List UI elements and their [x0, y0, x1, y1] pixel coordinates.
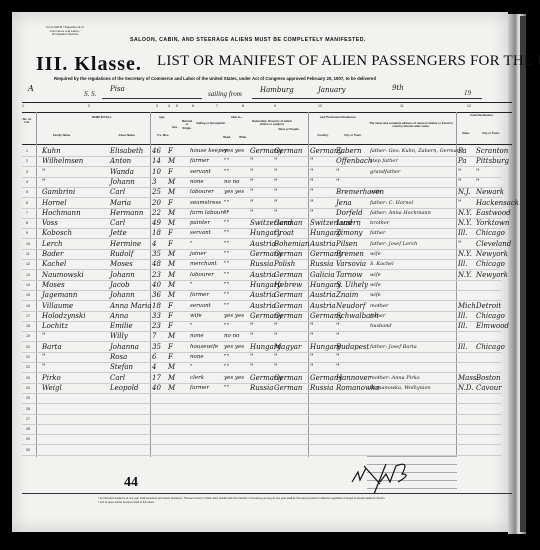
cell-age: 18: [152, 228, 161, 238]
ship-prefix: S. S.: [84, 90, 96, 98]
cell-country: ": [310, 331, 313, 341]
cell-race: German: [274, 146, 302, 156]
table-row: 2WilhelmsenAnton14Mfarmer"""""Offenbachs…: [12, 156, 508, 167]
cell-relative: father: [370, 311, 385, 321]
cell-nat: ": [250, 177, 253, 187]
cell-sex: M: [168, 177, 175, 187]
cell-relative: wife: [370, 290, 381, 300]
cell-relative: wife: [370, 249, 381, 259]
header-last-residence: Last Permanent Residence.: [308, 116, 368, 119]
table-row: 11BaderRudolf35Mjoiner""GermanyGermanGer…: [12, 249, 508, 260]
cell-rw: "": [224, 280, 229, 290]
cell-dest: Scranton: [476, 146, 508, 156]
cell-country: Russia: [310, 383, 333, 393]
cell-country: Austria: [310, 301, 336, 311]
cell-city: Zabern: [336, 146, 362, 156]
cell-city: Hannover: [336, 373, 371, 383]
cell-nat: Austria: [250, 301, 276, 311]
cell-country: Galicia: [310, 270, 335, 280]
cell-race: ": [274, 198, 277, 208]
cell-dest: Cleveland: [476, 239, 511, 249]
page-title: LIST OR MANIFEST OF ALIEN PASSENGERS FOR…: [157, 53, 540, 70]
cell-occ: ": [190, 239, 193, 249]
cell-occ: none: [190, 352, 204, 362]
cell-age: 17: [152, 373, 161, 383]
cell-family: Villaume: [42, 301, 73, 311]
cell-nat: Austria: [250, 239, 276, 249]
cell-family: ": [42, 362, 45, 372]
cell-relative: brother: [370, 218, 389, 228]
table-row: 28: [12, 424, 508, 435]
cell-family: Voss: [42, 218, 58, 228]
cell-nat: ": [250, 187, 253, 197]
cell-state: N.Y.: [458, 208, 472, 218]
cell-occ: painter: [190, 218, 210, 228]
cell-state: ": [458, 198, 461, 208]
cell-given: Moses: [110, 259, 133, 269]
cell-dest: Chicago: [476, 259, 505, 269]
cell-sex: F: [168, 311, 173, 321]
cell-age: 49: [152, 218, 161, 228]
row-number: 21: [26, 355, 30, 359]
sailing-port: Hamburg: [260, 86, 294, 94]
cell-occ: labourer: [190, 187, 214, 197]
cell-city: Jena: [336, 198, 352, 208]
cell-given: Johanna: [110, 342, 139, 352]
cell-city: Znaim: [336, 290, 358, 300]
cell-rw: "": [224, 249, 229, 259]
cell-nat: Austria: [250, 270, 276, 280]
cell-state: N.Y.: [458, 218, 472, 228]
cell-sex: M: [168, 249, 175, 259]
cell-dest: Newyork: [476, 270, 508, 280]
cell-rw: "": [224, 301, 229, 311]
row-number: 2: [26, 159, 28, 163]
table-row: 12KachelMoses48Mmerchant""RussiaPolishRu…: [12, 259, 508, 270]
cell-city: Luzern: [336, 218, 361, 228]
manifest-page: Form 630-B / Department of Commerce and …: [12, 12, 508, 532]
cell-state: Ill.: [458, 259, 467, 269]
cell-rw: "": [224, 239, 229, 249]
header-married: Married or Single.: [182, 120, 192, 130]
cell-rw: "": [224, 218, 229, 228]
cell-nat: ": [250, 208, 253, 218]
footnote-2: † List of races will be found on back of…: [98, 501, 155, 504]
cell-given: Willy: [110, 331, 128, 341]
cell-rw: yes yes: [224, 187, 244, 197]
cell-family: Hornel: [42, 198, 67, 208]
cell-given: Carl: [110, 187, 125, 197]
cell-city: Tarnow: [336, 270, 362, 280]
cell-rw: "": [224, 362, 229, 372]
cell-race: Polish: [274, 259, 295, 269]
cell-country: ": [310, 352, 313, 362]
row-number: 26: [26, 407, 30, 411]
table-row: 13NaumowskiJohann23Mlabourer""AustriaGer…: [12, 270, 508, 281]
cell-dest: Chicago: [476, 311, 505, 321]
header-calling: Calling or Occupation.: [196, 122, 226, 125]
cell-sex: F: [168, 228, 173, 238]
cell-race: German: [274, 301, 302, 311]
cell-age: 33: [152, 311, 161, 321]
cell-country: ": [310, 362, 313, 372]
table-row: 29: [12, 434, 508, 445]
cell-city: Varsovia: [336, 259, 366, 269]
cell-dest: Chicago: [476, 228, 505, 238]
header-state: State.: [458, 132, 474, 135]
table-row: 15JagemannJohann36Mfarmer""AustriaGerman…: [12, 290, 508, 301]
cell-given: Johann: [110, 177, 135, 187]
row-number: 10: [26, 242, 30, 246]
cell-given: Rudolf: [110, 249, 133, 259]
table-row: 17HolodzynskiAnna33Fwifeyes yesGermanyGe…: [12, 311, 508, 322]
cell-relative: wife: [370, 270, 381, 280]
cell-given: Anna: [110, 311, 128, 321]
cell-race: ": [274, 167, 277, 177]
cell-state: Ill.: [458, 321, 467, 331]
cell-age: 35: [152, 342, 161, 352]
cell-rw: no no: [224, 177, 239, 187]
row-number: 5: [26, 190, 28, 194]
cell-given: Anna Maria: [110, 301, 152, 311]
cell-state: ": [458, 167, 461, 177]
cell-relative: father: Josef Barta: [370, 342, 417, 352]
cell-city: Bremen: [336, 249, 364, 259]
cell-country: ": [310, 187, 313, 197]
cell-family: Barta: [42, 342, 62, 352]
cell-city: ": [336, 331, 339, 341]
header-list-no: No. on List.: [20, 118, 34, 125]
table-row: 19"Willy7Mnoneno no"""": [12, 331, 508, 342]
cell-rw: "": [224, 167, 229, 177]
cell-age: 22: [152, 208, 161, 218]
row-number: 9: [26, 231, 28, 235]
cell-rw: "": [224, 228, 229, 238]
cell-sex: M: [168, 270, 175, 280]
cell-city: Budapest: [336, 342, 369, 352]
cell-race: ": [274, 156, 277, 166]
cell-age: 23: [152, 270, 161, 280]
cell-city: ": [336, 362, 339, 372]
table-row: 20BartaJohanna35Fhousewifeyes yesHungary…: [12, 342, 508, 353]
cell-dest: ": [476, 177, 479, 187]
cell-sex: F: [168, 239, 173, 249]
cell-city: ": [336, 321, 339, 331]
row-number: 12: [26, 262, 30, 266]
header-country: Country.: [308, 134, 338, 137]
row-number: 11: [26, 252, 30, 256]
cell-race: Bohemian: [274, 239, 310, 249]
cell-sex: M: [168, 208, 175, 218]
cell-given: Hermine: [110, 239, 141, 249]
cell-age: 35: [152, 249, 161, 259]
header-rule: [22, 102, 512, 103]
cell-relative: father: Josef Lerch: [370, 239, 417, 249]
cell-nat: Russia: [250, 259, 273, 269]
cell-dest: Elmwood: [476, 321, 509, 331]
cell-race: German: [274, 311, 302, 321]
row-number: 3: [26, 170, 28, 174]
cell-state: N.Y.: [458, 249, 472, 259]
cell-nat: ": [250, 156, 253, 166]
table-row: 25: [12, 393, 508, 404]
cell-age: 6: [152, 352, 156, 362]
cell-state: N.J.: [458, 187, 470, 197]
cell-age: 14: [152, 156, 161, 166]
cell-occ: joiner: [190, 249, 206, 259]
cell-family: Kobosch: [42, 228, 72, 238]
cell-dest: Cavour: [476, 383, 502, 393]
cell-nat: Russia: [250, 383, 273, 393]
cell-given: Stefan: [110, 362, 133, 372]
cell-sex: M: [168, 331, 175, 341]
cell-city: ": [336, 177, 339, 187]
cell-sex: F: [168, 352, 173, 362]
cell-dest: Boston: [476, 373, 501, 383]
cell-given: Leopold: [110, 383, 138, 393]
sailing-month: January: [318, 86, 345, 94]
cell-relative: mother: [370, 301, 388, 311]
cell-given: Carl: [110, 218, 125, 228]
table-row: 27: [12, 414, 508, 425]
cell-occ: clerk: [190, 373, 204, 383]
cell-occ: house keeper: [190, 146, 227, 156]
header-final-destination: Final Destination.: [458, 114, 506, 117]
cell-dest: ": [476, 167, 479, 177]
cell-rw: yes yes: [224, 311, 244, 321]
cell-race: Magyar: [274, 342, 301, 352]
table-row: 10LerchHermine4F"""AustriaBohemianAustri…: [12, 239, 508, 250]
table-row: 4"Johann3Mnoneno no"""""": [12, 177, 508, 188]
header-read: Read.: [220, 136, 234, 139]
cell-sex: M: [168, 290, 175, 300]
cell-family: ": [42, 331, 45, 341]
cell-sex: F: [168, 342, 173, 352]
cell-occ: wife: [190, 311, 202, 321]
cell-race: ": [274, 321, 277, 331]
cell-relative: wife: [370, 280, 381, 290]
row-number: 23: [26, 376, 30, 380]
cell-occ: ": [190, 362, 193, 372]
table-row: 3"Wanda10Fservant""""""grandfather"": [12, 167, 508, 178]
cell-given: Johann: [110, 270, 135, 280]
cell-city: Zimony: [336, 228, 362, 238]
cell-nat: ": [250, 362, 253, 372]
cell-race: German: [274, 373, 302, 383]
cell-relative: father: Geo. Kuhn, Zabern, Germany: [370, 146, 463, 156]
cell-race: ": [274, 331, 277, 341]
cell-city: Dorfeld: [336, 208, 363, 218]
cell-country: ": [310, 177, 313, 187]
cell-sex: F: [168, 198, 173, 208]
cell-age: 4: [152, 239, 156, 249]
cell-given: Emilie: [110, 321, 133, 331]
cell-relative: wife: [370, 187, 381, 197]
row-number: 18: [26, 324, 30, 328]
cell-family: Kuhn: [42, 146, 61, 156]
cell-race: ": [274, 177, 277, 187]
header-nationality: Nationality. (Country of which citizen o…: [252, 120, 292, 127]
cell-age: 40: [152, 280, 161, 290]
cell-country: Russia: [310, 259, 333, 269]
cell-occ: merchant: [190, 259, 217, 269]
header-yrs-mos: Yrs. Mos.: [150, 134, 176, 137]
cell-occ: seamstress: [190, 198, 221, 208]
cell-occ: servant: [190, 167, 211, 177]
row-number: 28: [26, 427, 30, 431]
cell-family: Bader: [42, 249, 63, 259]
table-row: 8VossCarl49Mpainter""SwitzerlandGermanSw…: [12, 218, 508, 229]
header-dest-city: City or Town.: [476, 132, 506, 135]
cell-family: ": [42, 352, 45, 362]
table-row: 14MosesJacob40M"""HungaryHebrewHungaryS.…: [12, 280, 508, 291]
cell-family: Hochmann: [42, 208, 81, 218]
cell-rw: no no: [224, 331, 239, 341]
cell-sex: M: [168, 383, 175, 393]
cell-rw: "": [224, 208, 229, 218]
cell-race: Croat: [274, 228, 294, 238]
table-row: 22"Stefan4M""""""": [12, 362, 508, 373]
page-number: 44: [124, 475, 138, 491]
footnote: * An intended residence of one year shal…: [98, 497, 385, 500]
cell-dest: Eastwood: [476, 208, 511, 218]
cell-family: Weigl: [42, 383, 62, 393]
table-row: 1KuhnElisabeth46Fhouse keeperyes yesGerm…: [12, 146, 508, 157]
row-number: 1: [26, 149, 28, 153]
cell-country: ": [310, 167, 313, 177]
cell-relative: S. Kachel: [370, 259, 394, 269]
cell-country: Austria: [310, 239, 336, 249]
sailing-label: sailing from: [208, 90, 242, 98]
row-number: 8: [26, 221, 28, 225]
ship-name: Pisa: [110, 85, 125, 93]
cell-sex: F: [168, 321, 173, 331]
cell-occ: servant: [190, 301, 211, 311]
table-row: 30: [12, 445, 508, 456]
required-text: Required by the regulations of the Secre…: [54, 76, 376, 81]
cell-relative: step father: [370, 156, 398, 166]
cell-dest: Newark: [476, 187, 504, 197]
cell-country: Austria: [310, 290, 336, 300]
cell-country: ": [310, 198, 313, 208]
row-number: 6: [26, 201, 28, 205]
cell-country: ": [310, 321, 313, 331]
cell-age: 23: [152, 321, 161, 331]
cell-age: 46: [152, 146, 161, 156]
cell-given: Johann: [110, 290, 135, 300]
cell-country: ": [310, 156, 313, 166]
cell-given: Carl: [110, 373, 125, 383]
cell-dest: Pittsburg: [476, 156, 509, 166]
cell-race: German: [274, 290, 302, 300]
cell-city: Offenbach: [336, 156, 372, 166]
header-sex: Sex.: [168, 126, 182, 129]
signature-mark: [350, 452, 430, 502]
cell-given: Jacob: [110, 280, 130, 290]
cell-sex: M: [168, 259, 175, 269]
table-row: 5GambriniCarl25Mlaboureryes yes"""Bremer…: [12, 187, 508, 198]
list-letter: A: [28, 84, 34, 93]
cell-city: ": [336, 167, 339, 177]
cell-state: Ill.: [458, 342, 467, 352]
cell-rw: "": [224, 383, 229, 393]
cell-state: Pa: [458, 156, 467, 166]
row-number: 30: [26, 448, 30, 452]
cell-age: 7: [152, 331, 156, 341]
cell-nat: ": [250, 198, 253, 208]
cell-family: Jagemann: [42, 290, 77, 300]
cell-given: Hermann: [110, 208, 143, 218]
cell-family: Kachel: [42, 259, 66, 269]
table-row: 26: [12, 404, 508, 415]
cell-occ: farmer: [190, 383, 209, 393]
row-number: 13: [26, 273, 30, 277]
header-given-name: Given Name.: [112, 134, 142, 137]
row-number: 25: [26, 396, 30, 400]
header-family-name: Family Name.: [42, 134, 82, 137]
cell-state: Ill.: [458, 311, 467, 321]
cell-given: Maria: [110, 198, 131, 208]
year-prefix: 19: [464, 89, 471, 97]
cell-relative: mother: Anna Pirko: [370, 373, 420, 383]
header-relative: The name and complete address of nearest…: [368, 122, 454, 129]
cell-race: ": [274, 362, 277, 372]
cell-sex: F: [168, 301, 173, 311]
cell-sex: M: [168, 280, 175, 290]
header-write: Write.: [236, 136, 250, 139]
cell-state: Ill.: [458, 228, 467, 238]
cell-state: ": [458, 239, 461, 249]
cell-city: ": [336, 352, 339, 362]
cell-race: ": [274, 352, 277, 362]
row-number: 19: [26, 334, 30, 338]
cell-sex: F: [168, 146, 173, 156]
cell-relative: father: C. Hornel: [370, 198, 413, 208]
cell-rw: "": [224, 352, 229, 362]
ship-line: A S. S. Pisa sailing from Hamburg Januar…: [12, 84, 508, 100]
cell-sex: M: [168, 218, 175, 228]
cell-sex: M: [168, 362, 175, 372]
cell-family: Pirko: [42, 373, 61, 383]
cell-occ: farmer: [190, 290, 209, 300]
header-city: City or Town.: [338, 134, 368, 137]
cell-nat: ": [250, 167, 253, 177]
table-row: 18LochitzEmilie23F"""""""husbandIll.Elmw…: [12, 321, 508, 332]
cell-given: Elisabeth: [110, 146, 143, 156]
cell-occ: ": [190, 321, 193, 331]
banner-text: SALOON, CABIN, AND STEERAGE ALIENS MUST …: [130, 37, 366, 43]
cell-family: Gambrini: [42, 187, 75, 197]
cell-occ: none: [190, 177, 204, 187]
cell-family: ": [42, 167, 45, 177]
cell-given: Wanda: [110, 167, 134, 177]
cell-rw: "": [224, 198, 229, 208]
cell-sex: F: [168, 167, 173, 177]
column-numbers: 1 2 3 4 5 6 7 8 9 10 11 12: [12, 104, 508, 112]
cell-relative: father: Anna Hochmann: [370, 208, 431, 218]
cell-nat: Austria: [250, 290, 276, 300]
cell-sex: M: [168, 156, 175, 166]
class-label: III. Klasse.: [36, 53, 142, 76]
table-row: 24WeiglLeopold40Mfarmer""RussiaGermanRus…: [12, 383, 508, 394]
cell-race: German: [274, 249, 302, 259]
cell-dest: Newyork: [476, 249, 508, 259]
cell-occ: housewife: [190, 342, 218, 352]
cell-race: ": [274, 187, 277, 197]
table-row: 21"Rosa6Fnone"""""": [12, 352, 508, 363]
cell-age: 48: [152, 259, 161, 269]
cell-relative: Romanowka, Wolhynien: [370, 383, 431, 393]
